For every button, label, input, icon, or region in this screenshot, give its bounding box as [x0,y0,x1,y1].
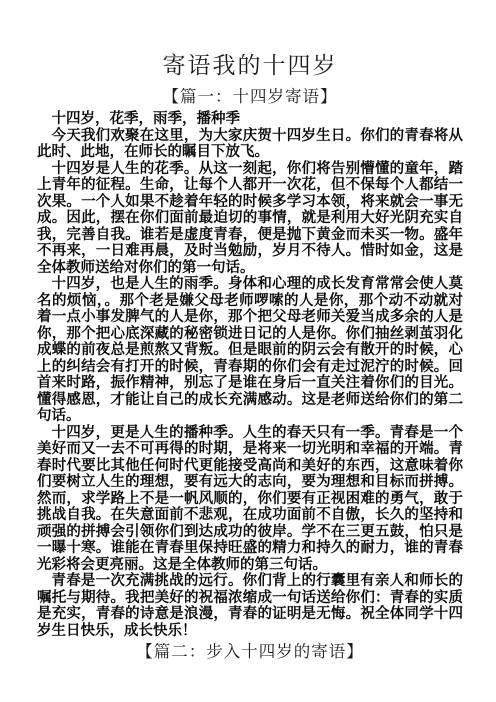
paragraph-flower-season-first-message: 十四岁是人生的花季。从这一刻起，你们将告别懵懂的童年，踏上青年的征程。生命，让每… [37,161,463,277]
paragraph-celebration: 今天我们欢聚在这里，为大家庆贺十四岁生日。你们的青春将从此时、此地，在师长的瞩目… [37,128,463,161]
paragraph-seeding-season-third-message: 十四岁，更是人生的播种季。人生的春天只有一季。青春是一个美好而又一去不可再得的时… [37,425,463,574]
paragraph-blessing-closing: 青春是一次充满挑战的远行。你们背上的行囊里有亲人和师长的嘱托与期待。我把美好的祝… [37,573,463,639]
essay-body: 十四岁，花季，雨季，播种季 今天我们欢聚在这里，为大家庆贺十四岁生日。你们的青春… [37,111,463,639]
paragraph-seasons-line: 十四岁，花季，雨季，播种季 [37,111,463,128]
document-title: 寄语我的十四岁 [37,52,463,80]
section-two-heading: 【篇二：步入十四岁的寄语】 [37,642,463,662]
document-page: 寄语我的十四岁 【篇一：十四岁寄语】 十四岁，花季，雨季，播种季 今天我们欢聚在… [0,0,496,702]
section-one-heading: 【篇一：十四岁寄语】 [37,87,463,107]
paragraph-rain-season-second-message: 十四岁，也是人生的雨季。身体和心理的成长发育常常会使人莫名的烦恼，。那个老是嫌父… [37,276,463,425]
